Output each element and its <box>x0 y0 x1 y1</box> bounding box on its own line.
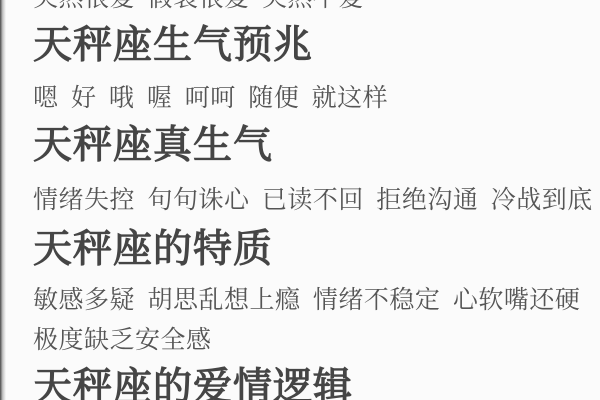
body-line-love-pattern-clipped: 突然很爱 假装很爱 突然不爱 <box>33 0 364 11</box>
left-edge-shadow <box>0 0 6 400</box>
heading-libra-anger-signs: 天秤座生气预兆 <box>33 26 313 65</box>
body-line-angry-behaviors: 情绪失控 句句诛心 已读不回 拒绝沟通 冷战到底 <box>33 188 593 213</box>
heading-libra-really-angry: 天秤座真生气 <box>33 126 273 165</box>
article-page: 突然很爱 假装很爱 突然不爱 天秤座生气预兆 嗯 好 哦 喔 呵呵 随便 就这样… <box>0 0 600 400</box>
body-line-curt-replies: 嗯 好 哦 喔 呵呵 随便 就这样 <box>33 86 388 111</box>
body-line-trait-list: 敏感多疑 胡思乱想上瘾 情绪不稳定 心软嘴还硬 <box>33 288 580 313</box>
body-line-insecurity: 极度缺乏安全感 <box>33 328 212 353</box>
heading-libra-love-logic-clipped: 天秤座的爱情逻辑 <box>33 368 353 400</box>
heading-libra-traits: 天秤座的特质 <box>33 230 273 269</box>
